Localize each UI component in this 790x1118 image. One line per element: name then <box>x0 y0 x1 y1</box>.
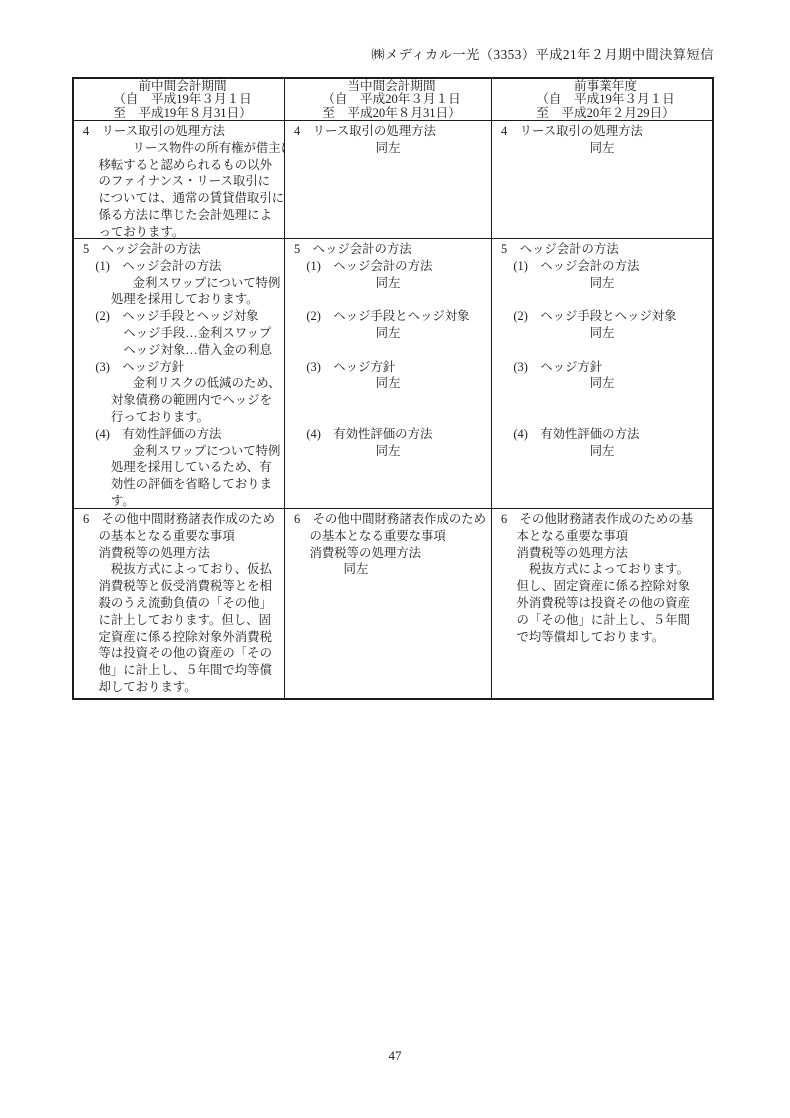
text-line: 同左 <box>294 275 489 292</box>
cell-item4-prior-interim: 4 リース取引の処理方法 リース物件の所有権が借主に 移転すると認められるもの以… <box>74 121 284 238</box>
text-line: (2) ヘッジ手段とヘッジ対象 <box>294 308 489 325</box>
cell-item6-prior-interim: 6 その他中間財務諸表作成のため の基本となる重要な事項 消費税等の処理方法 税… <box>74 509 284 698</box>
text-line: 税抜方式によっており、仮払 <box>83 561 282 578</box>
cell-item6-current-interim: 6 その他中間財務諸表作成のため の基本となる重要な事項 消費税等の処理方法 同… <box>284 509 491 698</box>
text-line: (4) 有効性評価の方法 <box>501 426 710 443</box>
text-line: (3) ヘッジ方針 <box>294 359 489 376</box>
text-line: す。 <box>83 493 282 508</box>
table-row-item6-other-significant-matters: 6 その他中間財務諸表作成のため の基本となる重要な事項 消費税等の処理方法 税… <box>74 508 712 698</box>
text-line: （自 平成20年３月１日 <box>294 93 489 106</box>
text-line: 5 ヘッジ会計の方法 <box>501 241 710 258</box>
cell-item5-prior-interim: 5 ヘッジ会計の方法 (1) ヘッジ会計の方法 金利スワップについて特例 処理を… <box>74 239 284 508</box>
text-line: 同左 <box>294 375 489 392</box>
text-line: 本となる重要な事項 <box>501 528 710 545</box>
page-title: ㈱メディカル一光（3353）平成21年２月期中間決算短信 <box>72 44 714 63</box>
text-line <box>294 409 489 426</box>
text-line: 同左 <box>501 325 710 342</box>
text-line: っております。 <box>83 224 282 238</box>
text-line: 外消費税等は投資その他の資産 <box>501 595 710 612</box>
text-line: 金利リスクの低減のため、 <box>83 375 282 392</box>
text-line: 定資産に係る控除対象外消費税 <box>83 629 282 646</box>
table-row-item5-hedge-accounting: 5 ヘッジ会計の方法 (1) ヘッジ会計の方法 金利スワップについて特例 処理を… <box>74 238 712 508</box>
cell-item4-prior-fiscal-year: 4 リース取引の処理方法同左 <box>491 121 712 238</box>
text-line: で均等償却しております。 <box>501 629 710 646</box>
text-line: 行っております。 <box>83 409 282 426</box>
table-header-row: 前中間会計期間（自 平成19年３月１日至 平成19年８月31日） 当中間会計期間… <box>74 79 712 120</box>
text-line: 等は投資その他の資産の「その <box>83 645 282 662</box>
text-line: 消費税等の処理方法 <box>83 545 282 562</box>
text-line: 同左 <box>294 140 489 157</box>
text-line: リース物件の所有権が借主に <box>83 140 282 157</box>
text-line: の「その他」に計上し、５年間 <box>501 612 710 629</box>
text-line: 消費税等と仮受消費税等とを相 <box>83 578 282 595</box>
text-line: 効性の評価を省略しておりま <box>83 476 282 493</box>
text-line: のファイナンス・リース取引に <box>83 173 282 190</box>
text-line: 同左 <box>501 443 710 460</box>
cell-item6-prior-fiscal-year: 6 その他財務諸表作成のための基 本となる重要な事項 消費税等の処理方法 税抜方… <box>491 509 712 698</box>
page-number: 47 <box>0 1048 790 1064</box>
text-line: (3) ヘッジ方針 <box>501 359 710 376</box>
cell-item5-current-interim: 5 ヘッジ会計の方法 (1) ヘッジ会計の方法同左 (2) ヘッジ手段とヘッジ対… <box>284 239 491 508</box>
text-line <box>501 291 710 308</box>
text-line: (2) ヘッジ手段とヘッジ対象 <box>83 308 282 325</box>
header-cell-current-interim-period: 当中間会計期間（自 平成20年３月１日至 平成20年８月31日） <box>284 79 491 120</box>
text-line: 至 平成20年８月31日） <box>294 107 489 120</box>
text-line: 5 ヘッジ会計の方法 <box>83 241 282 258</box>
text-line: (3) ヘッジ方針 <box>83 359 282 376</box>
accounting-policies-table: 前中間会計期間（自 平成19年３月１日至 平成19年８月31日） 当中間会計期間… <box>72 77 714 700</box>
text-line: (1) ヘッジ会計の方法 <box>501 258 710 275</box>
text-line: ヘッジ手段…金利スワップ <box>83 325 282 342</box>
table-row-item4-lease-accounting: 4 リース取引の処理方法 リース物件の所有権が借主に 移転すると認められるもの以… <box>74 120 712 238</box>
text-line: 対象債務の範囲内でヘッジを <box>83 392 282 409</box>
text-line: 処理を採用しております。 <box>83 291 282 308</box>
text-line: 4 リース取引の処理方法 <box>294 123 489 140</box>
text-line: 但し、固定資産に係る控除対象 <box>501 578 710 595</box>
text-line: 4 リース取引の処理方法 <box>83 123 282 140</box>
text-line <box>501 392 710 409</box>
text-line: (2) ヘッジ手段とヘッジ対象 <box>501 308 710 325</box>
text-line: (4) 有効性評価の方法 <box>83 426 282 443</box>
text-line: については、通常の賃貸借取引に <box>83 190 282 207</box>
text-line: 5 ヘッジ会計の方法 <box>294 241 489 258</box>
text-line: の基本となる重要な事項 <box>294 528 489 545</box>
document-page: ㈱メディカル一光（3353）平成21年２月期中間決算短信 前中間会計期間（自 平… <box>0 0 790 1118</box>
text-line: ヘッジ対象…借入金の利息 <box>83 342 282 359</box>
text-line: 6 その他財務諸表作成のための基 <box>501 511 710 528</box>
text-line: 至 平成20年２月29日） <box>501 107 710 120</box>
text-line: (1) ヘッジ会計の方法 <box>83 258 282 275</box>
text-line: 移転すると認められるもの以外 <box>83 157 282 174</box>
text-line <box>501 409 710 426</box>
text-line: 金利スワップについて特例 <box>83 275 282 292</box>
text-line: 係る方法に準じた会計処理によ <box>83 207 282 224</box>
cell-item5-prior-fiscal-year: 5 ヘッジ会計の方法 (1) ヘッジ会計の方法同左 (2) ヘッジ手段とヘッジ対… <box>491 239 712 508</box>
text-line: 消費税等の処理方法 <box>501 545 710 562</box>
text-line: 却しております。 <box>83 679 282 696</box>
header-cell-prior-interim-period: 前中間会計期間（自 平成19年３月１日至 平成19年８月31日） <box>74 79 284 120</box>
text-line <box>294 291 489 308</box>
text-line: (4) 有効性評価の方法 <box>294 426 489 443</box>
text-line: 同左 <box>294 443 489 460</box>
text-line: 6 その他中間財務諸表作成のため <box>294 511 489 528</box>
text-line: 金利スワップについて特例 <box>83 443 282 460</box>
text-line: 至 平成19年８月31日） <box>83 107 282 120</box>
text-line: の基本となる重要な事項 <box>83 528 282 545</box>
text-line <box>294 392 489 409</box>
text-line: （自 平成19年３月１日 <box>83 93 282 106</box>
text-line: 他」に計上し、５年間で均等償 <box>83 662 282 679</box>
text-line: 同左 <box>294 561 489 578</box>
header-cell-prior-fiscal-year: 前事業年度（自 平成19年３月１日至 平成20年２月29日） <box>491 79 712 120</box>
text-line: 税抜方式によっております。 <box>501 561 710 578</box>
text-line: 消費税等の処理方法 <box>294 545 489 562</box>
text-line: (1) ヘッジ会計の方法 <box>294 258 489 275</box>
text-line: 同左 <box>294 325 489 342</box>
text-line: 同左 <box>501 140 710 157</box>
text-line: 処理を採用しているため、有 <box>83 459 282 476</box>
text-line: 4 リース取引の処理方法 <box>501 123 710 140</box>
text-line: 同左 <box>501 275 710 292</box>
text-line: 6 その他中間財務諸表作成のため <box>83 511 282 528</box>
cell-item4-current-interim: 4 リース取引の処理方法同左 <box>284 121 491 238</box>
text-line: （自 平成19年３月１日 <box>501 93 710 106</box>
text-line: 同左 <box>501 375 710 392</box>
text-line: 殺のうえ流動負債の「その他」 <box>83 595 282 612</box>
text-line: に計上しております。但し、固 <box>83 612 282 629</box>
text-line <box>294 342 489 359</box>
text-line <box>501 342 710 359</box>
